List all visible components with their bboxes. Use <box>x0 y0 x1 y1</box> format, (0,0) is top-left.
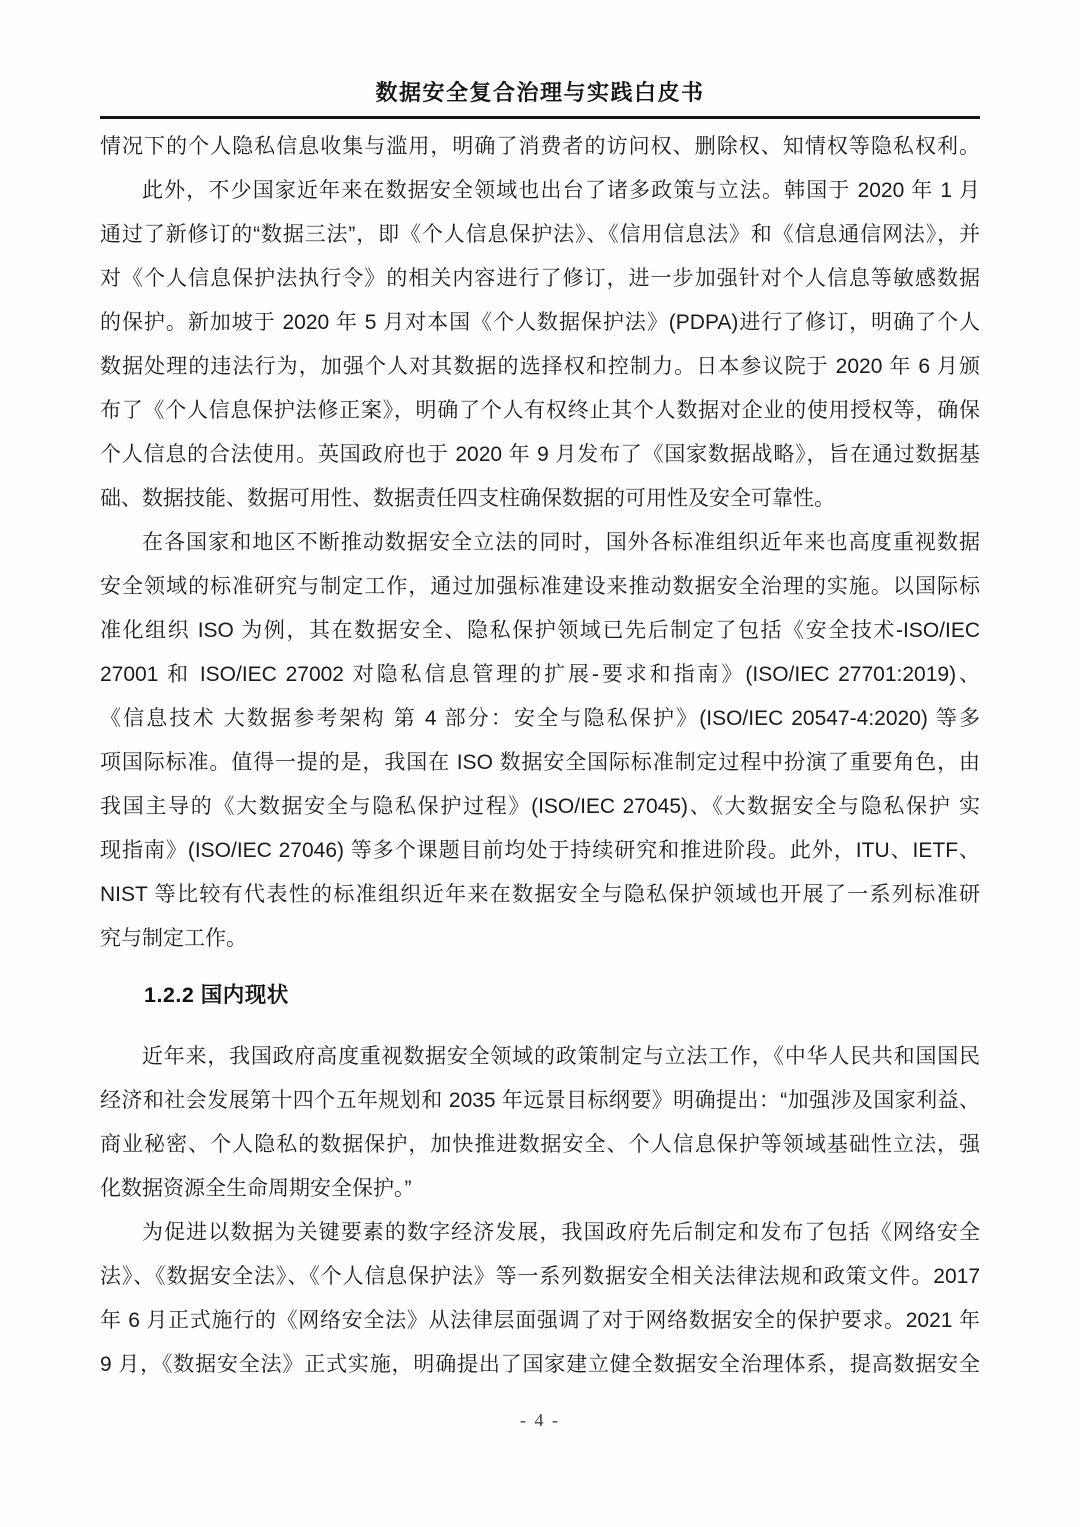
text-line: 数据处理的违法行为，加强个人对其数据的选择权和控制力。日本参议院于 2020 年… <box>100 345 980 389</box>
paragraph-domestic-policy: 近年来，我国政府高度重视数据安全领域的政策制定与立法工作，《中华人民共和国国民 … <box>100 1035 980 1211</box>
document-title: 数据安全复合治理与实践白皮书 <box>0 80 1080 106</box>
text-line: 础、数据技能、数据可用性、数据责任四支柱确保数据的可用性及安全可靠性。 <box>100 477 980 521</box>
text-line: 近年来，我国政府高度重视数据安全领域的政策制定与立法工作，《中华人民共和国国民 <box>100 1035 980 1079</box>
paragraph-international-laws: 此外，不少国家近年来在数据安全领域也出台了诸多政策与立法。韩国于 2020 年 … <box>100 169 980 521</box>
text-line: 9 月，《数据安全法》正式实施，明确提出了国家建立健全数据安全治理体系，提高数据… <box>100 1343 980 1387</box>
text-line: 究与制定工作。 <box>100 917 980 961</box>
paragraph-domestic-laws: 为促进以数据为关键要素的数字经济发展，我国政府先后制定和发布了包括《网络安全 法… <box>100 1211 980 1387</box>
paragraph-continuation: 情况下的个人隐私信息收集与滥用，明确了消费者的访问权、删除权、知情权等隐私权利。 <box>100 125 980 169</box>
text-line: 对《个人信息保护法执行令》的相关内容进行了修订，进一步加强针对个人信息等敏感数据 <box>100 257 980 301</box>
text-line: NIST 等比较有代表性的标准组织近年来在数据安全与隐私保护领域也开展了一系列标… <box>100 873 980 917</box>
text-line: 为促进以数据为关键要素的数字经济发展，我国政府先后制定和发布了包括《网络安全 <box>100 1211 980 1255</box>
text-line: 此外，不少国家近年来在数据安全领域也出台了诸多政策与立法。韩国于 2020 年 … <box>100 169 980 213</box>
text-line: 的保护。新加坡于 2020 年 5 月对本国《个人数据保护法》(PDPA)进行了… <box>100 301 980 345</box>
document-page: 数据安全复合治理与实践白皮书 情况下的个人隐私信息收集与滥用，明确了消费者的访问… <box>0 0 1080 1527</box>
text-line: 在各国家和地区不断推动数据安全立法的同时，国外各标准组织近年来也高度重视数据 <box>100 521 980 565</box>
text-line: 27001 和 ISO/IEC 27002 对隐私信息管理的扩展-要求和指南》(… <box>100 653 980 697</box>
text-line: 情况下的个人隐私信息收集与滥用，明确了消费者的访问权、删除权、知情权等隐私权利。 <box>100 125 980 169</box>
paragraph-standards-organizations: 在各国家和地区不断推动数据安全立法的同时，国外各标准组织近年来也高度重视数据 安… <box>100 521 980 961</box>
text-line: 《信息技术 大数据参考架构 第 4 部分：安全与隐私保护》(ISO/IEC 20… <box>100 697 980 741</box>
text-line: 个人信息的合法使用。英国政府也于 2020 年 9 月发布了《国家数据战略》，旨… <box>100 433 980 477</box>
text-line: 我国主导的《大数据安全与隐私保护过程》(ISO/IEC 27045)、《大数据安… <box>100 785 980 829</box>
text-line: 通过了新修订的“数据三法”，即《个人信息保护法》、《信用信息法》和《信息通信网法… <box>100 213 980 257</box>
text-line: 项国际标准。值得一提的是，我国在 ISO 数据安全国际标准制定过程中扮演了重要角… <box>100 741 980 785</box>
text-line: 现指南》(ISO/IEC 27046) 等多个课题目前均处于持续研究和推进阶段。… <box>100 829 980 873</box>
text-line: 化数据资源全生命周期安全保护。” <box>100 1167 980 1211</box>
section-heading-domestic-status: 1.2.2 国内现状 <box>100 977 980 1013</box>
text-line: 商业秘密、个人隐私的数据保护，加快推进数据安全、个人信息保护等领域基础性立法，强 <box>100 1123 980 1167</box>
text-line: 安全领域的标准研究与制定工作，通过加强标准建设来推动数据安全治理的实施。以国际标 <box>100 565 980 609</box>
page-header: 数据安全复合治理与实践白皮书 <box>0 0 1080 119</box>
text-line: 经济和社会发展第十四个五年规划和 2035 年远景目标纲要》明确提出：“加强涉及… <box>100 1079 980 1123</box>
page-body: 情况下的个人隐私信息收集与滥用，明确了消费者的访问权、删除权、知情权等隐私权利。… <box>100 125 980 1387</box>
text-line: 准化组织 ISO 为例，其在数据安全、隐私保护领域已先后制定了包括《安全技术-I… <box>100 609 980 653</box>
text-line: 年 6 月正式施行的《网络安全法》从法律层面强调了对于网络数据安全的保护要求。2… <box>100 1299 980 1343</box>
text-line: 法》、《数据安全法》、《个人信息保护法》等一系列数据安全相关法律法规和政策文件。… <box>100 1255 980 1299</box>
header-rule <box>100 116 980 119</box>
text-line: 布了《个人信息保护法修正案》，明确了个人有权终止其个人数据对企业的使用授权等，确… <box>100 389 980 433</box>
page-number: - 4 - <box>520 1410 560 1430</box>
page-footer: - 4 - <box>0 1410 1080 1431</box>
